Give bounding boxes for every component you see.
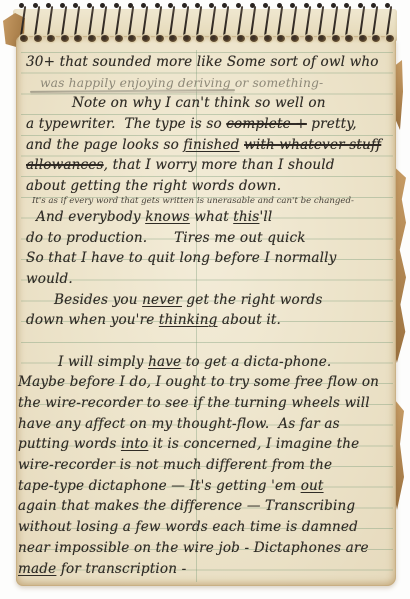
- text-segment: pretty,: [307, 116, 357, 132]
- text-segment: putting words: [18, 436, 121, 452]
- spiral-ring: [219, 2, 233, 50]
- spiral-hole: [183, 35, 191, 42]
- spiral-hole: [305, 35, 313, 42]
- spiral-hole: [74, 35, 82, 42]
- spiral-wire: [237, 6, 244, 38]
- spiral-ring: [260, 2, 274, 50]
- spiral-wire: [196, 6, 203, 38]
- spiral-hole: [237, 35, 245, 42]
- spiral-hole: [61, 35, 69, 42]
- struck-text: complete +: [226, 116, 307, 132]
- spiral-ring: [301, 2, 315, 50]
- spiral-hole: [20, 35, 28, 42]
- handwriting-line: putting words into it is concerned, I im…: [18, 434, 396, 455]
- handwriting: 30+ that sounded more like Some sort of …: [24, 52, 396, 579]
- notebook-photo: 30+ that sounded more like Some sort of …: [0, 0, 410, 599]
- spiral-hole: [101, 35, 109, 42]
- handwriting-line: a typewriter. The type is so complete + …: [26, 114, 396, 135]
- spiral-wire: [115, 6, 122, 38]
- handwriting-line: And everybody knows what this'll: [36, 207, 396, 228]
- spiral-hole: [169, 35, 177, 42]
- underlined-text: finished: [183, 137, 239, 153]
- handwriting-line: without losing a few words each time is …: [18, 517, 396, 538]
- spiral-hole: [359, 35, 367, 42]
- spiral-wire: [386, 6, 393, 38]
- spiral-wire: [209, 6, 216, 38]
- text-segment: would.: [26, 271, 73, 287]
- handwriting-line: So that I have to quit long before I nor…: [26, 248, 396, 269]
- handwriting-line: [24, 331, 396, 352]
- text-segment: was happily enjoying deriving or somethi…: [40, 76, 323, 90]
- handwriting-line: down when you're thinking about it.: [26, 310, 396, 331]
- spiral-ring: [124, 2, 138, 50]
- underlined-text: into: [121, 436, 148, 452]
- text-segment: and the page looks so: [26, 137, 183, 153]
- text-segment: 30+ that sounded more like Some sort of …: [26, 54, 379, 70]
- spiral-ring: [16, 2, 30, 50]
- spiral-wire: [250, 6, 257, 38]
- underlined-text: thinking: [159, 312, 218, 328]
- handwriting-line: do to production. Tires me out quick: [26, 228, 396, 249]
- spiral-hole: [291, 35, 299, 42]
- underlined-text: never: [142, 292, 182, 308]
- spiral-wire: [128, 6, 135, 38]
- spiral-hole: [332, 35, 340, 42]
- handwriting-line: wire-recorder is not much different from…: [18, 455, 396, 476]
- handwriting-line: It's as if every word that gets written …: [32, 197, 396, 207]
- handwriting-line: made for transcription -: [18, 559, 396, 580]
- spiral-ring: [328, 2, 342, 50]
- text-segment: Besides you: [54, 292, 142, 308]
- spiral-hole: [386, 35, 394, 42]
- spiral-wire: [20, 6, 27, 38]
- spiral-ring: [355, 2, 369, 50]
- spiral-wire: [74, 6, 81, 38]
- text-segment: So that I have to quit long before I nor…: [26, 250, 336, 266]
- spiral-ring: [287, 2, 301, 50]
- struck-text: with whatever stuff: [244, 137, 381, 153]
- handwriting-line: have any affect on my thought-flow. As f…: [18, 414, 396, 435]
- spiral-wire: [345, 6, 352, 38]
- handwriting-line: allowances, that I worry more than I sho…: [26, 155, 396, 176]
- spiral-wire: [60, 6, 67, 38]
- spiral-hole: [196, 35, 204, 42]
- handwriting-line: about getting the right words down.: [26, 176, 396, 197]
- underlined-text: made: [18, 561, 56, 577]
- handwriting-line: 30+ that sounded more like Some sort of …: [26, 52, 396, 73]
- spiral-ring: [368, 2, 382, 50]
- spiral-hole: [142, 35, 150, 42]
- spiral-wire: [277, 6, 284, 38]
- spiral-hole: [264, 35, 272, 42]
- struck-text: allowances: [26, 157, 104, 173]
- spiral-wire: [223, 6, 230, 38]
- spiral-wire: [88, 6, 95, 38]
- text-segment: And everybody: [36, 209, 145, 225]
- spiral-wire: [264, 6, 271, 38]
- handwriting-line: again that makes the difference — Transc…: [18, 496, 396, 517]
- text-segment: without losing a few words each time is …: [18, 519, 358, 535]
- handwriting-line: and the page looks so finished with what…: [26, 135, 396, 156]
- text-segment: to get a dicta-phone.: [181, 354, 331, 370]
- spiral-hole: [115, 35, 123, 42]
- spiral-ring: [57, 2, 71, 50]
- spiral-hole: [277, 35, 285, 42]
- spiral-hole: [210, 35, 218, 42]
- spiral-wire: [101, 6, 108, 38]
- spiral-ring: [341, 2, 355, 50]
- spiral-ring: [192, 2, 206, 50]
- spiral-hole: [223, 35, 231, 42]
- handwriting-line: would.: [26, 269, 396, 290]
- spiral-ring: [70, 2, 84, 50]
- spiral-ring: [382, 2, 396, 50]
- handwriting-line: was happily enjoying deriving or somethi…: [40, 73, 396, 94]
- handwriting-line: near impossible on the wire job - Dictap…: [18, 538, 396, 559]
- spiral-wire: [142, 6, 149, 38]
- spiral-ring: [138, 2, 152, 50]
- underlined-text: out: [301, 478, 324, 494]
- spiral-wire: [359, 6, 366, 38]
- spiral-wire: [291, 6, 298, 38]
- text-segment: do to production. Tires me out quick: [26, 230, 306, 246]
- handwriting-line: Maybe before I do, I ought to try some f…: [18, 372, 396, 393]
- text-segment: it is concerned, I imagine the: [148, 436, 359, 452]
- spiral-ring: [314, 2, 328, 50]
- handwriting-line: I will simply have to get a dicta-phone.: [58, 352, 396, 373]
- spiral-hole: [128, 35, 136, 42]
- spiral-hole: [250, 35, 258, 42]
- spiral-wire: [33, 6, 40, 38]
- spiral-wire: [155, 6, 162, 38]
- text-segment: Maybe before I do, I ought to try some f…: [18, 374, 379, 390]
- text-segment: 'll: [259, 209, 272, 225]
- text-segment: what: [190, 209, 234, 225]
- spiral-hole: [372, 35, 380, 42]
- text-segment: a typewriter. The type is so: [26, 116, 226, 132]
- spiral-ring: [111, 2, 125, 50]
- text-segment: tape-type dictaphone — It's getting 'em: [18, 478, 301, 494]
- text-segment: about getting the right words down.: [26, 178, 281, 194]
- text-segment: Note on why I can't think so well on: [72, 95, 326, 111]
- text-segment: about it.: [217, 312, 280, 328]
- text-segment: , that I worry more than I should: [104, 157, 335, 173]
- handwriting-line: tape-type dictaphone — It's getting 'em …: [18, 476, 396, 497]
- spiral-ring: [152, 2, 166, 50]
- underlined-text: knows: [145, 209, 190, 225]
- spiral-hole: [345, 35, 353, 42]
- spiral-wire: [47, 6, 54, 38]
- spiral-ring: [43, 2, 57, 50]
- spiral-wire: [372, 6, 379, 38]
- text-segment: get the right words: [182, 292, 323, 308]
- spiral-ring: [233, 2, 247, 50]
- text-segment: I will simply: [58, 354, 148, 370]
- spiral-ring: [206, 2, 220, 50]
- spiral-wire: [318, 6, 325, 38]
- handwriting-line: Besides you never get the right words: [54, 290, 396, 311]
- text-segment: for transcription -: [56, 561, 186, 577]
- spiral-ring: [97, 2, 111, 50]
- spiral-wire: [304, 6, 311, 38]
- spiral-wire: [331, 6, 338, 38]
- spiral-hole: [318, 35, 326, 42]
- spiral-hole: [47, 35, 55, 42]
- handwriting-line: Note on why I can't think so well on: [72, 93, 396, 114]
- handwriting-line: the wire-recorder to see if the turning …: [18, 393, 396, 414]
- spiral-binding: [14, 2, 402, 54]
- spiral-ring: [273, 2, 287, 50]
- spiral-ring: [179, 2, 193, 50]
- spiral-ring: [165, 2, 179, 50]
- text-segment: have any affect on my thought-flow. As f…: [18, 416, 340, 432]
- notebook-page: 30+ that sounded more like Some sort of …: [16, 36, 396, 586]
- text-segment: near impossible on the wire job - Dictap…: [18, 540, 369, 556]
- text-segment: It's as if every word that gets written …: [32, 196, 354, 206]
- spiral-wire: [182, 6, 189, 38]
- spiral-ring: [246, 2, 260, 50]
- spiral-hole: [88, 35, 96, 42]
- text-segment: again that makes the difference — Transc…: [18, 498, 355, 514]
- spiral-ring: [30, 2, 44, 50]
- spiral-hole: [156, 35, 164, 42]
- text-segment: the wire-recorder to see if the turning …: [18, 395, 370, 411]
- underlined-text: have: [148, 354, 181, 370]
- text-segment: down when you're: [26, 312, 159, 328]
- spiral-hole: [34, 35, 42, 42]
- spiral-wire: [169, 6, 176, 38]
- text-segment: wire-recorder is not much different from…: [18, 457, 332, 473]
- spiral-ring: [84, 2, 98, 50]
- underlined-text: this: [233, 209, 259, 225]
